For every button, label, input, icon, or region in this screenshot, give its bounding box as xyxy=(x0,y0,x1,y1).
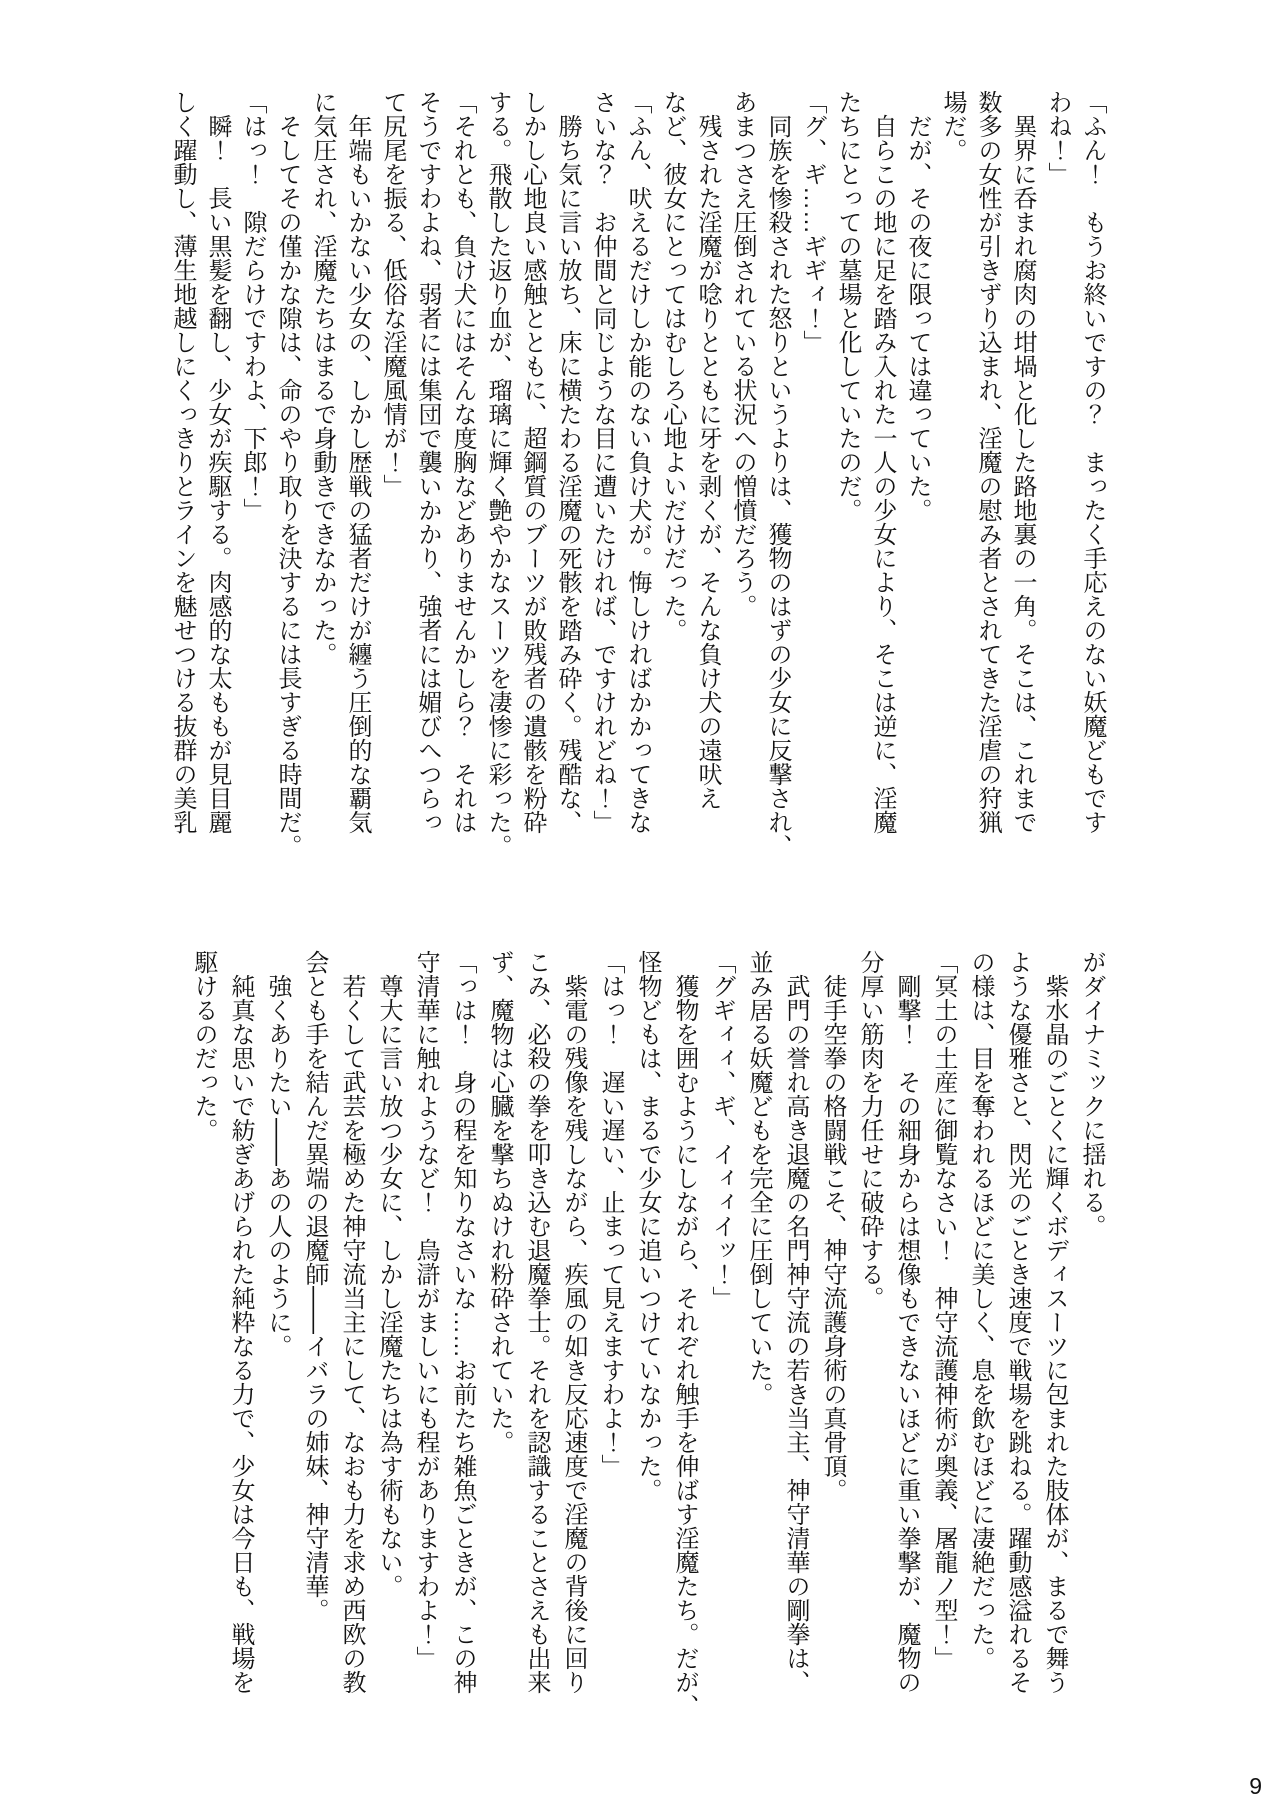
text-line: 「冥土の土産に御覧なさい！ 神守流護神術が奥義、屠龍ノ型！」 xyxy=(925,950,962,1694)
page-number: 9 xyxy=(1249,1773,1262,1800)
text-line: 並み居る妖魔どもを完全に圧倒していた。 xyxy=(740,950,777,1694)
text-line: がダイナミックに揺れる。 xyxy=(1073,950,1110,1694)
text-line: 剛撃！ その細身からは想像もできないほどに重い拳撃が、魔物の xyxy=(888,950,925,1694)
text-line: の様は、目を奪われるほどに美しく、息を飲むほどに凄絶だった。 xyxy=(962,950,999,1694)
text-line: 獲物を囲むようにしながら、それぞれ触手を伸ばす淫魔たち。だが、 xyxy=(666,950,703,1694)
text-line: こみ、必殺の拳を叩き込む退魔拳士。それを認識することさえも出来 xyxy=(518,950,555,1694)
text-line: 徒手空拳の格闘戦こそ、神守流護身術の真骨頂。 xyxy=(814,950,851,1694)
text-line: さいな？ お仲間と同じような目に遭いたければ、ですけれどね！」 xyxy=(585,90,620,834)
text-line: 駆けるのだった。 xyxy=(185,950,222,1694)
text-line: あまつさえ圧倒されている状況への憎憤だろう。 xyxy=(725,90,760,834)
bottom-text-block: がダイナミックに揺れる。 紫水晶のごとくに輝くボディスーツに包まれた肢体が、まる… xyxy=(184,950,1110,1694)
text-line: ず、魔物は心臓を撃ちぬけれ粉砕されていた。 xyxy=(481,950,518,1694)
text-line: 分厚い筋肉を力任せに破砕する。 xyxy=(851,950,888,1694)
text-line: に気圧され、淫魔たちはまるで身動きできなかった。 xyxy=(305,90,340,834)
text-line: など、彼女にとってはむしろ心地よいだけだった。 xyxy=(655,90,690,834)
text-line: しく躍動し、薄生地越しにくっきりとラインを魅せつける抜群の美乳 xyxy=(165,90,200,834)
text-line: て尻尾を振る、低俗な淫魔風情が！」 xyxy=(375,90,410,834)
text-line: する。飛散した返り血が、瑠璃に輝く艶やかなスーツを凄惨に彩った。 xyxy=(480,90,515,834)
document-page: 「ふん！ もうお終いですの？ まったく手応えのない妖魔どもですわね！」 異界に呑… xyxy=(0,0,1280,1814)
text-line: 紫水晶のごとくに輝くボディスーツに包まれた肢体が、まるで舞う xyxy=(1036,950,1073,1694)
text-line: 「グギィィ、ギ、イィィイッ！」 xyxy=(703,950,740,1694)
text-line: 「はっ！ 遅い遅い、止まって見えますわよ！」 xyxy=(592,950,629,1694)
text-line: 同族を惨殺された怒りというよりは、獲物のはずの少女に反撃され、 xyxy=(760,90,795,834)
top-text-block: 「ふん！ もうお終いですの？ まったく手応えのない妖魔どもですわね！」 異界に呑… xyxy=(163,90,1110,834)
text-line: 瞬！ 長い黒髪を翻し、少女が疾駆する。肉感的な太ももが見目麗 xyxy=(200,90,235,834)
text-line: 残された淫魔が唸りとともに牙を剥くが、そんな負け犬の遠吠え xyxy=(690,90,725,834)
text-line: 勝ち気に言い放ち、床に横たわる淫魔の死骸を踏み砕く。残酷な、 xyxy=(550,90,585,834)
text-line: 武門の誉れ高き退魔の名門神守流の若き当主、神守清華の剛拳は、 xyxy=(777,950,814,1694)
text-line: 異界に呑まれ腐肉の坩堝と化した路地裏の一角。そこは、これまで xyxy=(1005,90,1040,834)
text-line: だが、その夜に限っては違っていた。 xyxy=(900,90,935,834)
text-line: 怪物どもは、まるで少女に追いつけていなかった。 xyxy=(629,950,666,1694)
text-line: 場だ。 xyxy=(935,90,970,834)
text-line: 数多の女性が引きずり込まれ、淫魔の慰み者とされてきた淫虐の狩猟 xyxy=(970,90,1005,834)
text-line: 紫電の残像を残しながら、疾風の如き反応速度で淫魔の背後に回り xyxy=(555,950,592,1694)
text-line: 「それとも、負け犬にはそんな度胸などありませんかしら？ それは xyxy=(445,90,480,834)
text-line: ような優雅さと、閃光のごとき速度で戦場を跳ねる。躍動感溢れるそ xyxy=(999,950,1036,1694)
text-line: 若くして武芸を極めた神守流当主にして、なおも力を求め西欧の教 xyxy=(333,950,370,1694)
text-line: 尊大に言い放つ少女に、しかし淫魔たちは為す術もない。 xyxy=(370,950,407,1694)
text-line: しかし心地良い感触とともに、超鋼質のブーツが敗残者の遺骸を粉砕 xyxy=(515,90,550,834)
text-line: 「ふん、吠えるだけしか能のない負け犬が。悔しければかかってきな xyxy=(620,90,655,834)
text-line: 年端もいかない少女の、しかし歴戦の猛者だけが纏う圧倒的な覇気 xyxy=(340,90,375,834)
text-line: 自らこの地に足を踏み入れた一人の少女により、そこは逆に、淫魔 xyxy=(865,90,900,834)
text-line: 「っは！ 身の程を知りなさいな……お前たち雑魚ごときが、この神 xyxy=(444,950,481,1694)
text-line: 強くありたい――あの人のように。 xyxy=(259,950,296,1694)
text-line: たちにとっての墓場と化していたのだ。 xyxy=(830,90,865,834)
text-line: わね！」 xyxy=(1040,90,1075,834)
text-line: 「はっ！ 隙だらけですわよ、下郎！」 xyxy=(235,90,270,834)
text-line: 純真な思いで紡ぎあげられた純粋なる力で、少女は今日も、戦場を xyxy=(222,950,259,1694)
text-line: 守清華に触れようなど！ 烏滸がましいにも程がありますわよ！」 xyxy=(407,950,444,1694)
text-line: 会とも手を結んだ異端の退魔師――イバラの姉妹、神守清華。 xyxy=(296,950,333,1694)
text-line: そうですわよね、弱者には集団で襲いかかり、強者には媚びへつらっ xyxy=(410,90,445,834)
text-line: 「グ、ギ……ギギィ！」 xyxy=(795,90,830,834)
text-line: そしてその僅かな隙は、命のやり取りを決するには長すぎる時間だ。 xyxy=(270,90,305,834)
text-line: 「ふん！ もうお終いですの？ まったく手応えのない妖魔どもです xyxy=(1075,90,1110,834)
